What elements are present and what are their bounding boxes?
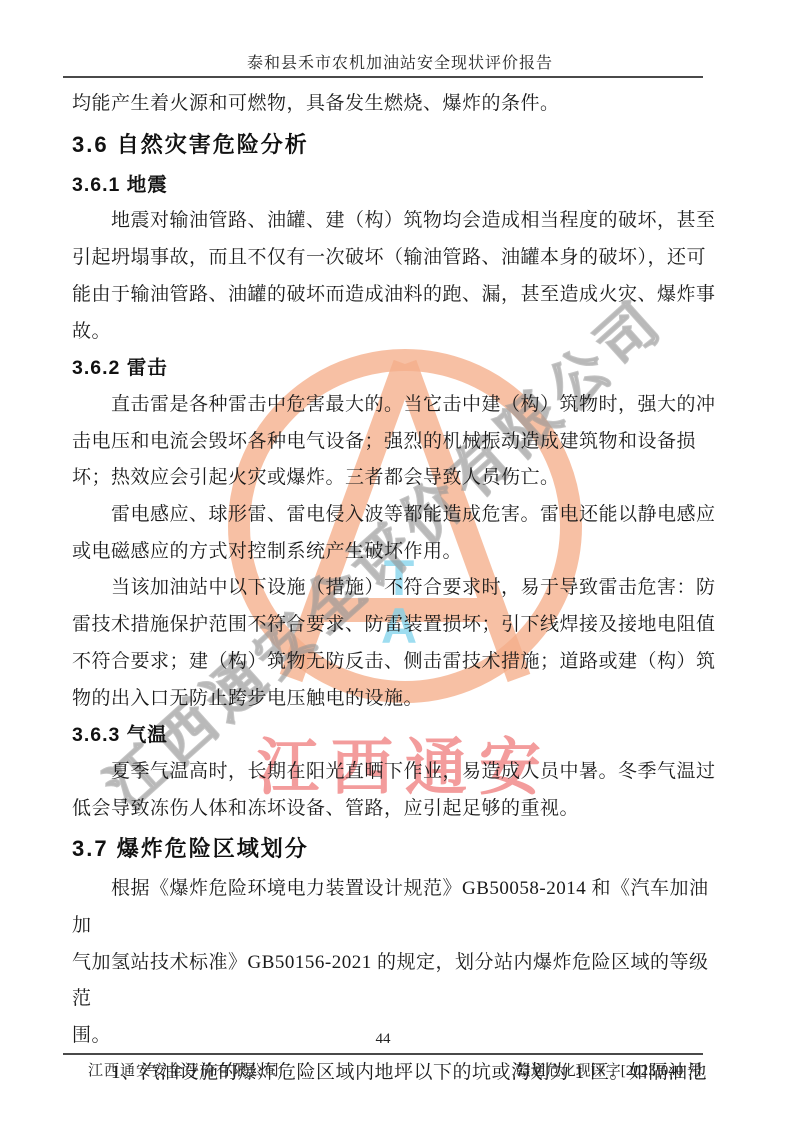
paragraph-temperature: 夏季气温高时，长期在阳光直晒下作业，易造成人员中暑。冬季气温过 低会导致冻伤人体… — [72, 754, 724, 827]
report-header-title: 泰和县禾市农机加油站安全现状评价报告 — [0, 50, 800, 73]
heading-3-6-2: 3.6.2 雷击 — [72, 350, 724, 387]
paragraph-explosion-zone-2: 1、汽油设施的爆炸危险区域内地坪以下的坑或沟划为 1 区。如隔油池 — [72, 1055, 724, 1092]
paragraph-lightning-2: 雷电感应、球形雷、雷电侵入波等都能造成危害。雷电还能以静电感应 或电磁感应的方式… — [72, 497, 724, 570]
document-body: 均能产生着火源和可燃物，具备发生燃烧、爆炸的条件。 3.6 自然灾害危险分析 3… — [72, 86, 724, 1092]
heading-3-6-1: 3.6.1 地震 — [72, 167, 724, 204]
paragraph-intro: 均能产生着火源和可燃物，具备发生燃烧、爆炸的条件。 — [72, 86, 724, 123]
heading-3-6: 3.6 自然灾害危险分析 — [72, 123, 724, 167]
heading-3-6-3: 3.6.3 气温 — [72, 717, 724, 754]
paragraph-lightning-1: 直击雷是各种雷击中危害最大的。当它击中建（构）筑物时，强大的冲 击电压和电流会毁… — [72, 387, 724, 497]
paragraph-earthquake: 地震对输油管路、油罐、建（构）筑物均会造成相当程度的破坏，甚至 引起坍塌事故，而… — [72, 203, 724, 350]
document-page: TA 江西通安全评价有限公司 江西通安 泰和县禾市农机加油站安全现状评价报告 均… — [0, 0, 800, 1131]
heading-3-7: 3.7 爆炸危险区域划分 — [72, 827, 724, 871]
paragraph-explosion-zone-1: 根据《爆炸危险环境电力装置设计规范》GB50058-2014 和《汽车加油加 气… — [72, 871, 724, 1055]
header-rule — [63, 76, 703, 78]
paragraph-lightning-3: 当该加油站中以下设施（措施）不符合要求时，易于导致雷击危害：防 雷技术措施保护范… — [72, 570, 724, 717]
